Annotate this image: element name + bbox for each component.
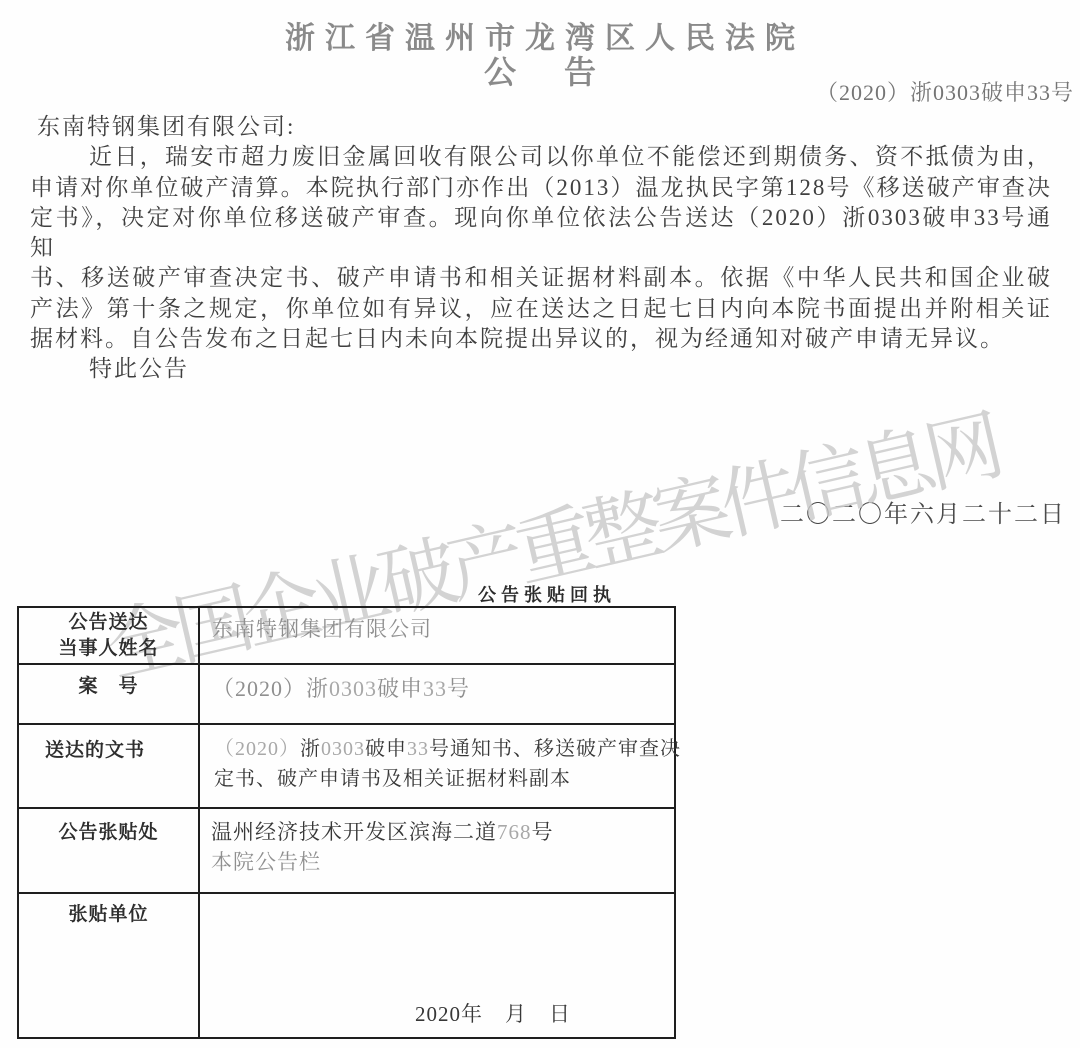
row-label: 公告送达当事人姓名: [19, 608, 200, 663]
body-line: 近日，瑞安市超力废旧金属回收有限公司以你单位不能偿还到期债务、资不抵债为由，: [30, 142, 1052, 172]
row-label: 公告张贴处: [19, 809, 200, 892]
body-line: 申请对你单位破产清算。本院执行部门亦作出（2013）温龙执民字第128号《移送破…: [30, 173, 1052, 203]
addressee-line: 东南特钢集团有限公司:: [30, 112, 1052, 142]
row-label: 送达的文书: [19, 725, 200, 807]
row-value-line: 温州经济技术开发区滨海二道768号: [211, 817, 668, 847]
receipt-table: 公告送达当事人姓名东南特钢集团有限公司案 号（2020）浙0303破申33号送达…: [17, 606, 676, 1039]
row-value-line: 本院公告栏: [211, 847, 668, 877]
value-segment: 破申: [365, 738, 407, 760]
value-segment: 768: [497, 820, 532, 844]
value-segment: 号: [532, 820, 554, 844]
body-line: 书、移送破产审查决定书、破产申请书和相关证据材料副本。依据《中华人民共和国企业破: [30, 263, 1052, 293]
row-label-line: 公告张贴处: [58, 820, 158, 846]
row-value: 东南特钢集团有限公司: [200, 608, 674, 663]
value-segment: 号: [447, 676, 470, 701]
row-value: （2020）浙0303破申33号: [200, 665, 674, 723]
table-row: 公告送达当事人姓名东南特钢集团有限公司: [19, 608, 674, 663]
receipt-title: 公告张贴回执: [0, 581, 1080, 607]
row-value-line: 定书、破产申请书及相关证据材料副本: [214, 764, 681, 794]
body-paragraph: 近日，瑞安市超力废旧金属回收有限公司以你单位不能偿还到期债务、资不抵债为由，申请…: [30, 142, 1052, 384]
value-segment: 东南特钢集团有限公司: [212, 617, 432, 641]
announcement-body: 东南特钢集团有限公司: 近日，瑞安市超力废旧金属回收有限公司以你单位不能偿还到期…: [30, 112, 1052, 385]
value-segment: 温州经济技术开发区滨海二道: [211, 820, 497, 844]
row-label: 张贴单位: [19, 894, 200, 1037]
value-segment: 浙: [300, 738, 321, 760]
row-label-line: 案 号: [78, 674, 138, 700]
row-value: 温州经济技术开发区滨海二道768号本院公告栏: [200, 809, 674, 892]
table-row: 案 号（2020）浙0303破申33号: [19, 663, 674, 723]
value-segment: （2020）: [214, 738, 300, 760]
value-segment: 33: [423, 676, 447, 701]
row-value: （2020）浙0303破申33号通知书、移送破产审查决定书、破产申请书及相关证据…: [200, 725, 687, 807]
value-segment: 33: [407, 738, 429, 760]
row-label-line: 送达的文书: [45, 738, 145, 764]
body-line: 产法》第十条之规定，你单位如有异议，应在送达之日起七日内向本院书面提出并附相关证: [30, 294, 1052, 324]
row-label-line: 张贴单位: [68, 902, 148, 928]
value-segment: 0303: [329, 676, 377, 701]
value-segment: 浙: [306, 676, 329, 701]
table-row: 送达的文书（2020）浙0303破申33号通知书、移送破产审查决定书、破产申请书…: [19, 723, 674, 807]
value-segment: 破申: [377, 676, 423, 701]
value-segment: 号通知书、移送破产审查决: [429, 738, 681, 760]
body-line: 定书》，决定对你单位移送破产审查。现向你单位依法公告送达（2020）浙0303破…: [30, 203, 1052, 264]
row-value-line: （2020）浙0303破申33号: [212, 674, 668, 704]
announcement-date: 二〇二〇年六月二十二日: [780, 494, 1066, 529]
receipt-footer-date: 2020年 月 日: [415, 999, 571, 1029]
table-row: 张贴单位2020年 月 日: [19, 892, 674, 1037]
value-segment: （2020）: [212, 676, 306, 701]
body-line: 据材料。自公告发布之日起七日内未向本院提出异议的，视为经通知对破产申请无异议。: [30, 324, 1052, 354]
value-segment: 0303: [321, 738, 365, 760]
row-value: 2020年 月 日: [200, 894, 674, 1037]
row-value-line: （2020）浙0303破申33号通知书、移送破产审查决: [214, 734, 681, 764]
row-label-line: 公告送达: [68, 610, 148, 636]
table-row: 公告张贴处温州经济技术开发区滨海二道768号本院公告栏: [19, 807, 674, 892]
value-segment: 本院公告栏: [211, 850, 321, 874]
row-label-line: 当事人姓名: [58, 636, 158, 662]
row-value-line: 东南特钢集团有限公司: [212, 614, 668, 644]
case-number: （2020）浙0303破申33号: [816, 76, 1074, 107]
scanned-court-announcement: 浙江省温州市龙湾区人民法院 公 告 （2020）浙0303破申33号 东南特钢集…: [0, 0, 1080, 1048]
body-line: 特此公告: [30, 354, 1052, 384]
row-label: 案 号: [19, 665, 200, 723]
value-segment: 定书、破产申请书及相关证据材料副本: [214, 768, 571, 790]
